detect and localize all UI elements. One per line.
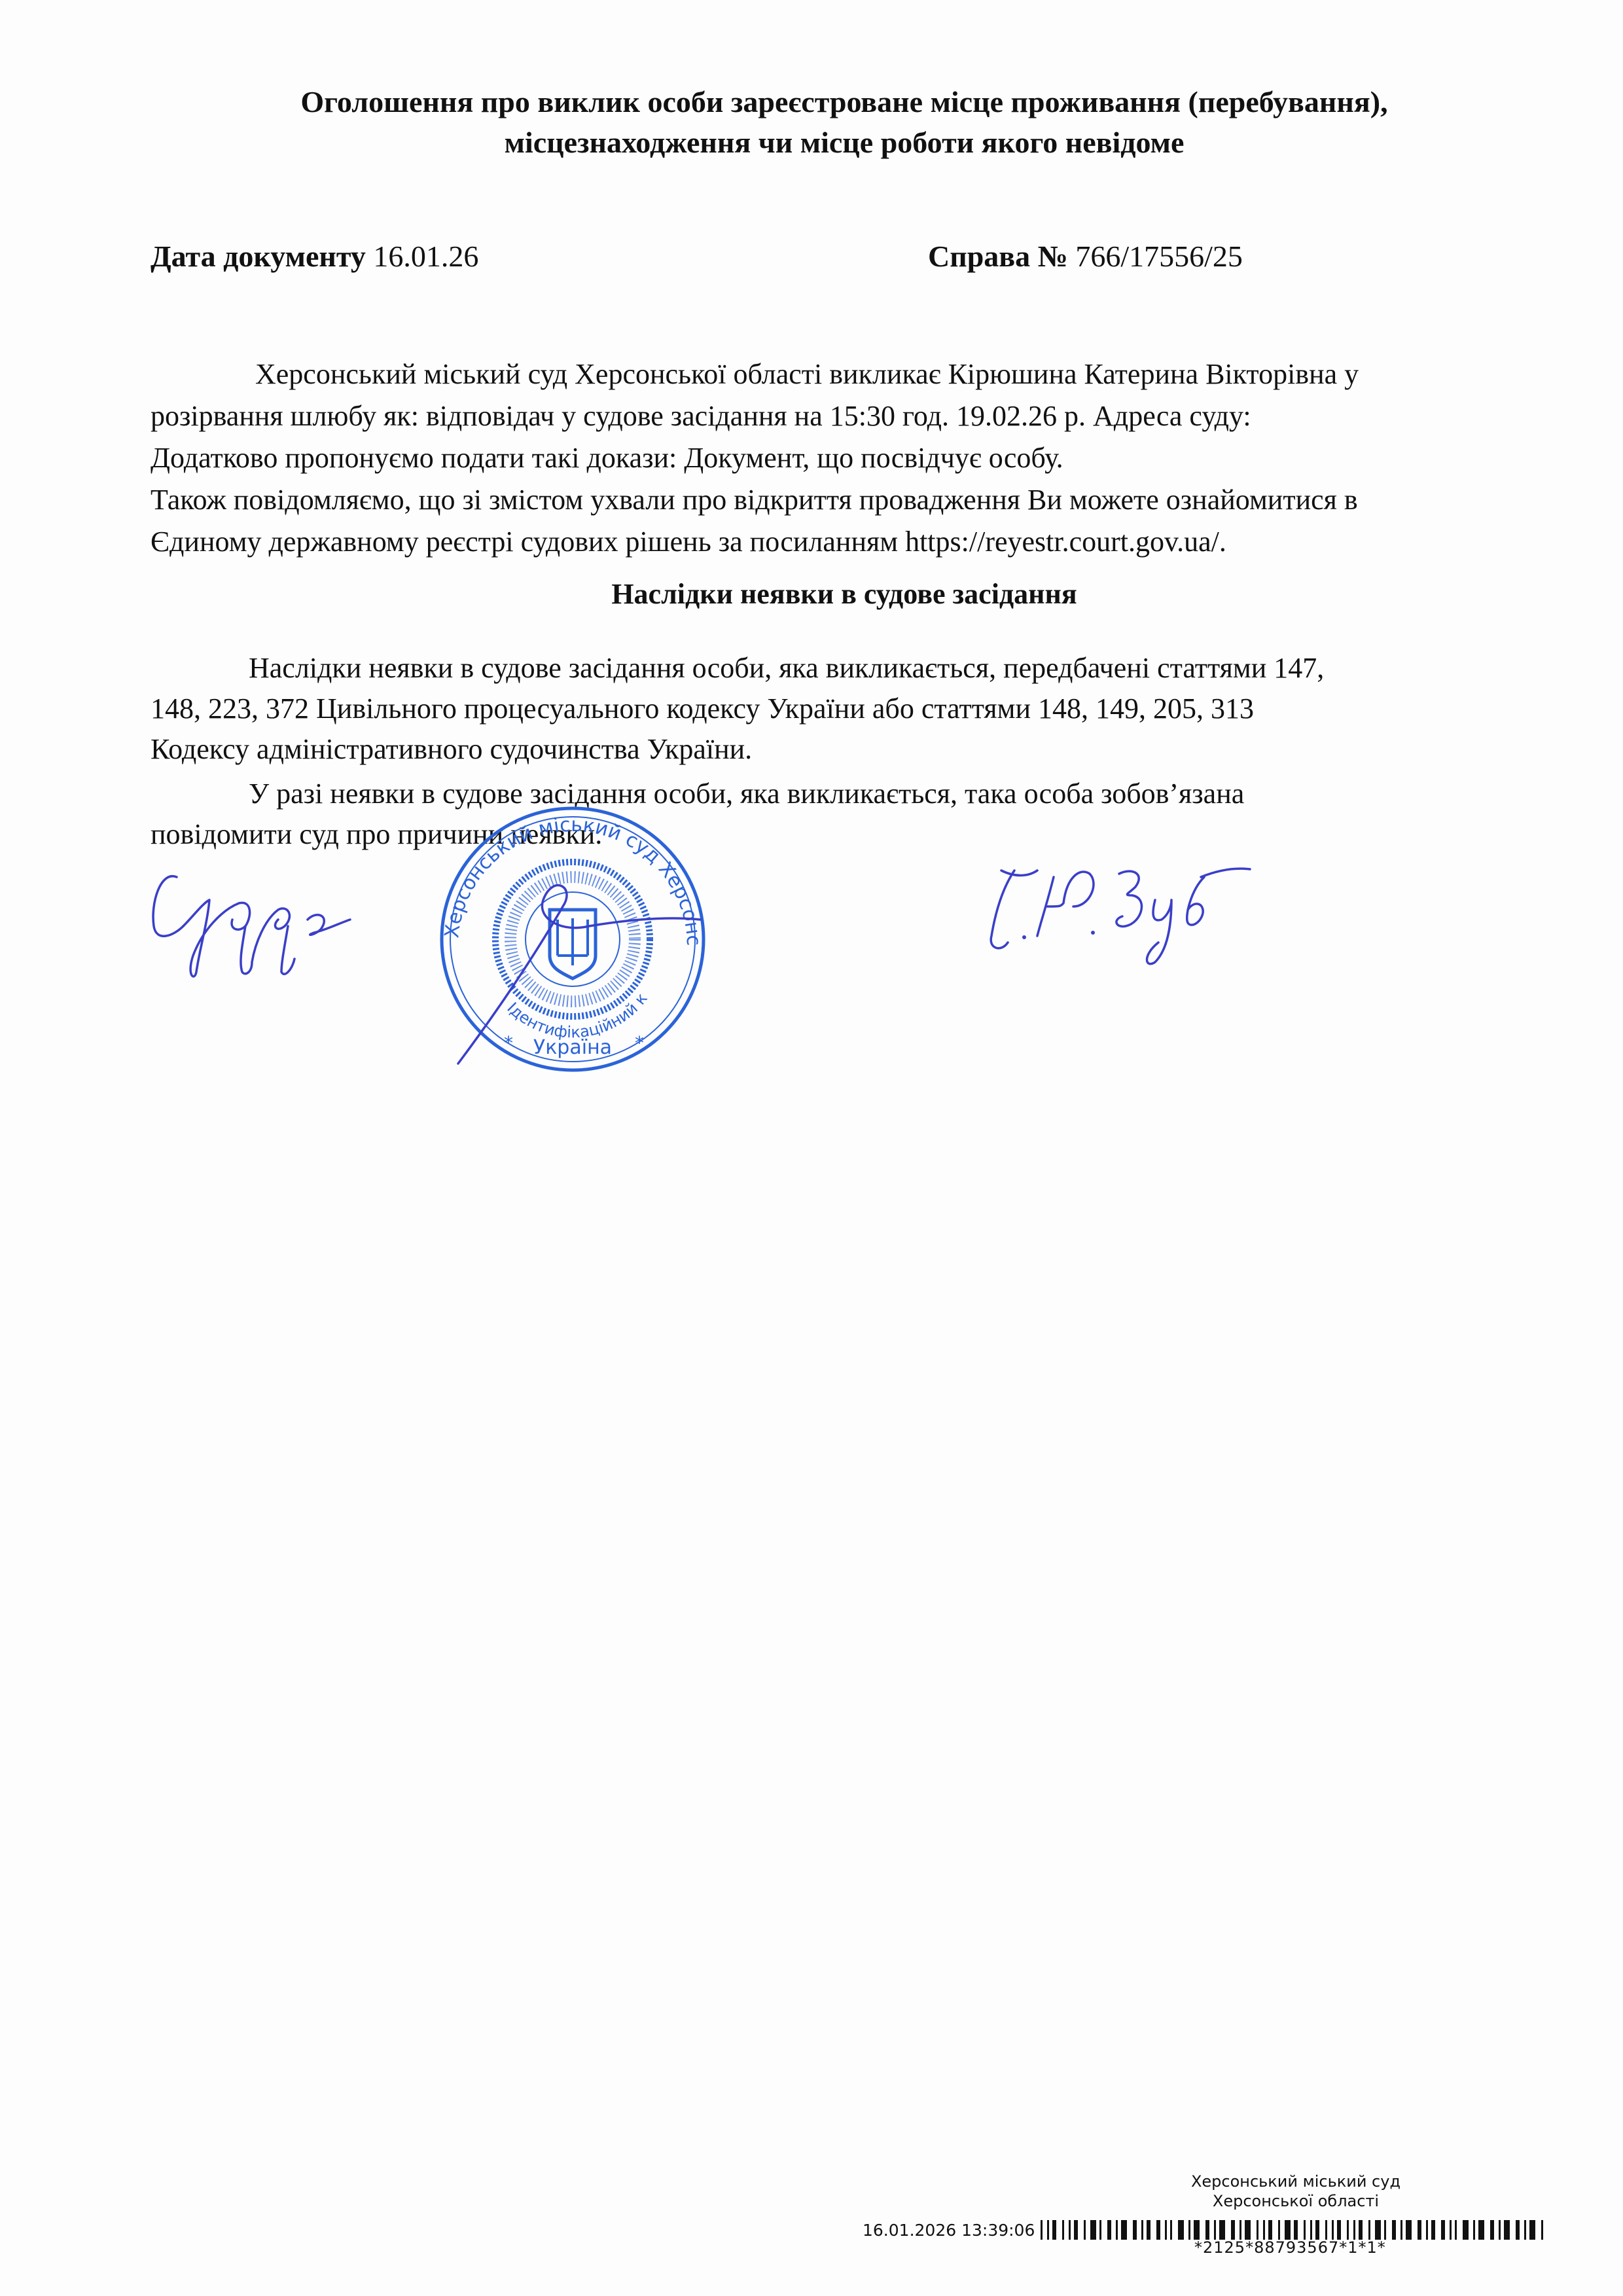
judge-signature-name [975,851,1270,982]
paragraph-line: Кодексу адміністративного судочинства Ук… [151,729,1538,770]
judge-title-handwriting [147,864,363,982]
document-date: Дата документу 16.01.26 [151,237,478,276]
obligation-paragraph: У разі неявки в судове засідання особи, … [151,774,1538,855]
title-line-2: місцезнаходження чи місце роботи якого н… [151,122,1538,163]
footer-court-name: Херсонський міський суд Херсонської обла… [1165,2172,1427,2211]
barcode-number: *2125*88793567*1*1* [1194,2238,1386,2257]
paragraph-line: 148, 223, 372 Цивільного процесуального … [151,689,1538,729]
paragraph-line: розірвання шлюбу як: відповідач у судове… [151,395,1538,437]
section-heading: Наслідки неявки в судове засідання [151,575,1538,614]
document-title: Оголошення про виклик особи зареєстрован… [151,82,1538,163]
date-label: Дата документу [151,240,366,273]
paragraph-line: Додатково пропонуємо подати такі докази:… [151,437,1538,479]
footer-timestamp: 16.01.2026 13:39:06 [863,2221,1035,2240]
paragraph-line: Також повідомляємо, що зі змістом ухвали… [151,479,1538,521]
official-court-stamp: Херсонський міський суд Херсонської обла… [419,802,726,1077]
svg-text:*: * [635,1032,644,1054]
svg-text:Херсонський міський суд Херсон: Херсонський міський суд Херсонської обла… [419,802,705,946]
case-value: 766/17556/25 [1075,240,1243,273]
footer-org-line-1: Херсонський міський суд [1165,2172,1427,2191]
title-line-1: Оголошення про виклик особи зареєстрован… [151,82,1538,122]
svg-text:*: * [504,1032,513,1054]
paragraph-line: У разі неявки в судове засідання особи, … [151,774,1538,814]
case-number: Справа № 766/17556/25 [928,237,1243,276]
consequences-paragraph: Наслідки неявки в судове засідання особи… [151,648,1538,770]
paragraph-line: повідомити суд про причини неявки. [151,814,1538,855]
registry-link-line: Єдиному державному реєстрі судових рішен… [151,521,1538,563]
trident-icon [550,910,596,978]
summons-paragraph: Херсонський міський суд Херсонської обла… [151,353,1538,563]
date-value: 16.01.26 [373,240,478,273]
document-barcode [1041,2220,1544,2240]
case-label: Справа № [928,240,1068,273]
paragraph-line: Херсонський міський суд Херсонської обла… [151,353,1538,395]
document-page: Оголошення про виклик особи зареєстрован… [0,0,1623,2296]
paragraph-line: Наслідки неявки в судове засідання особи… [151,648,1538,689]
footer-org-line-2: Херсонської області [1165,2191,1427,2211]
stamp-country: Україна [533,1036,612,1059]
